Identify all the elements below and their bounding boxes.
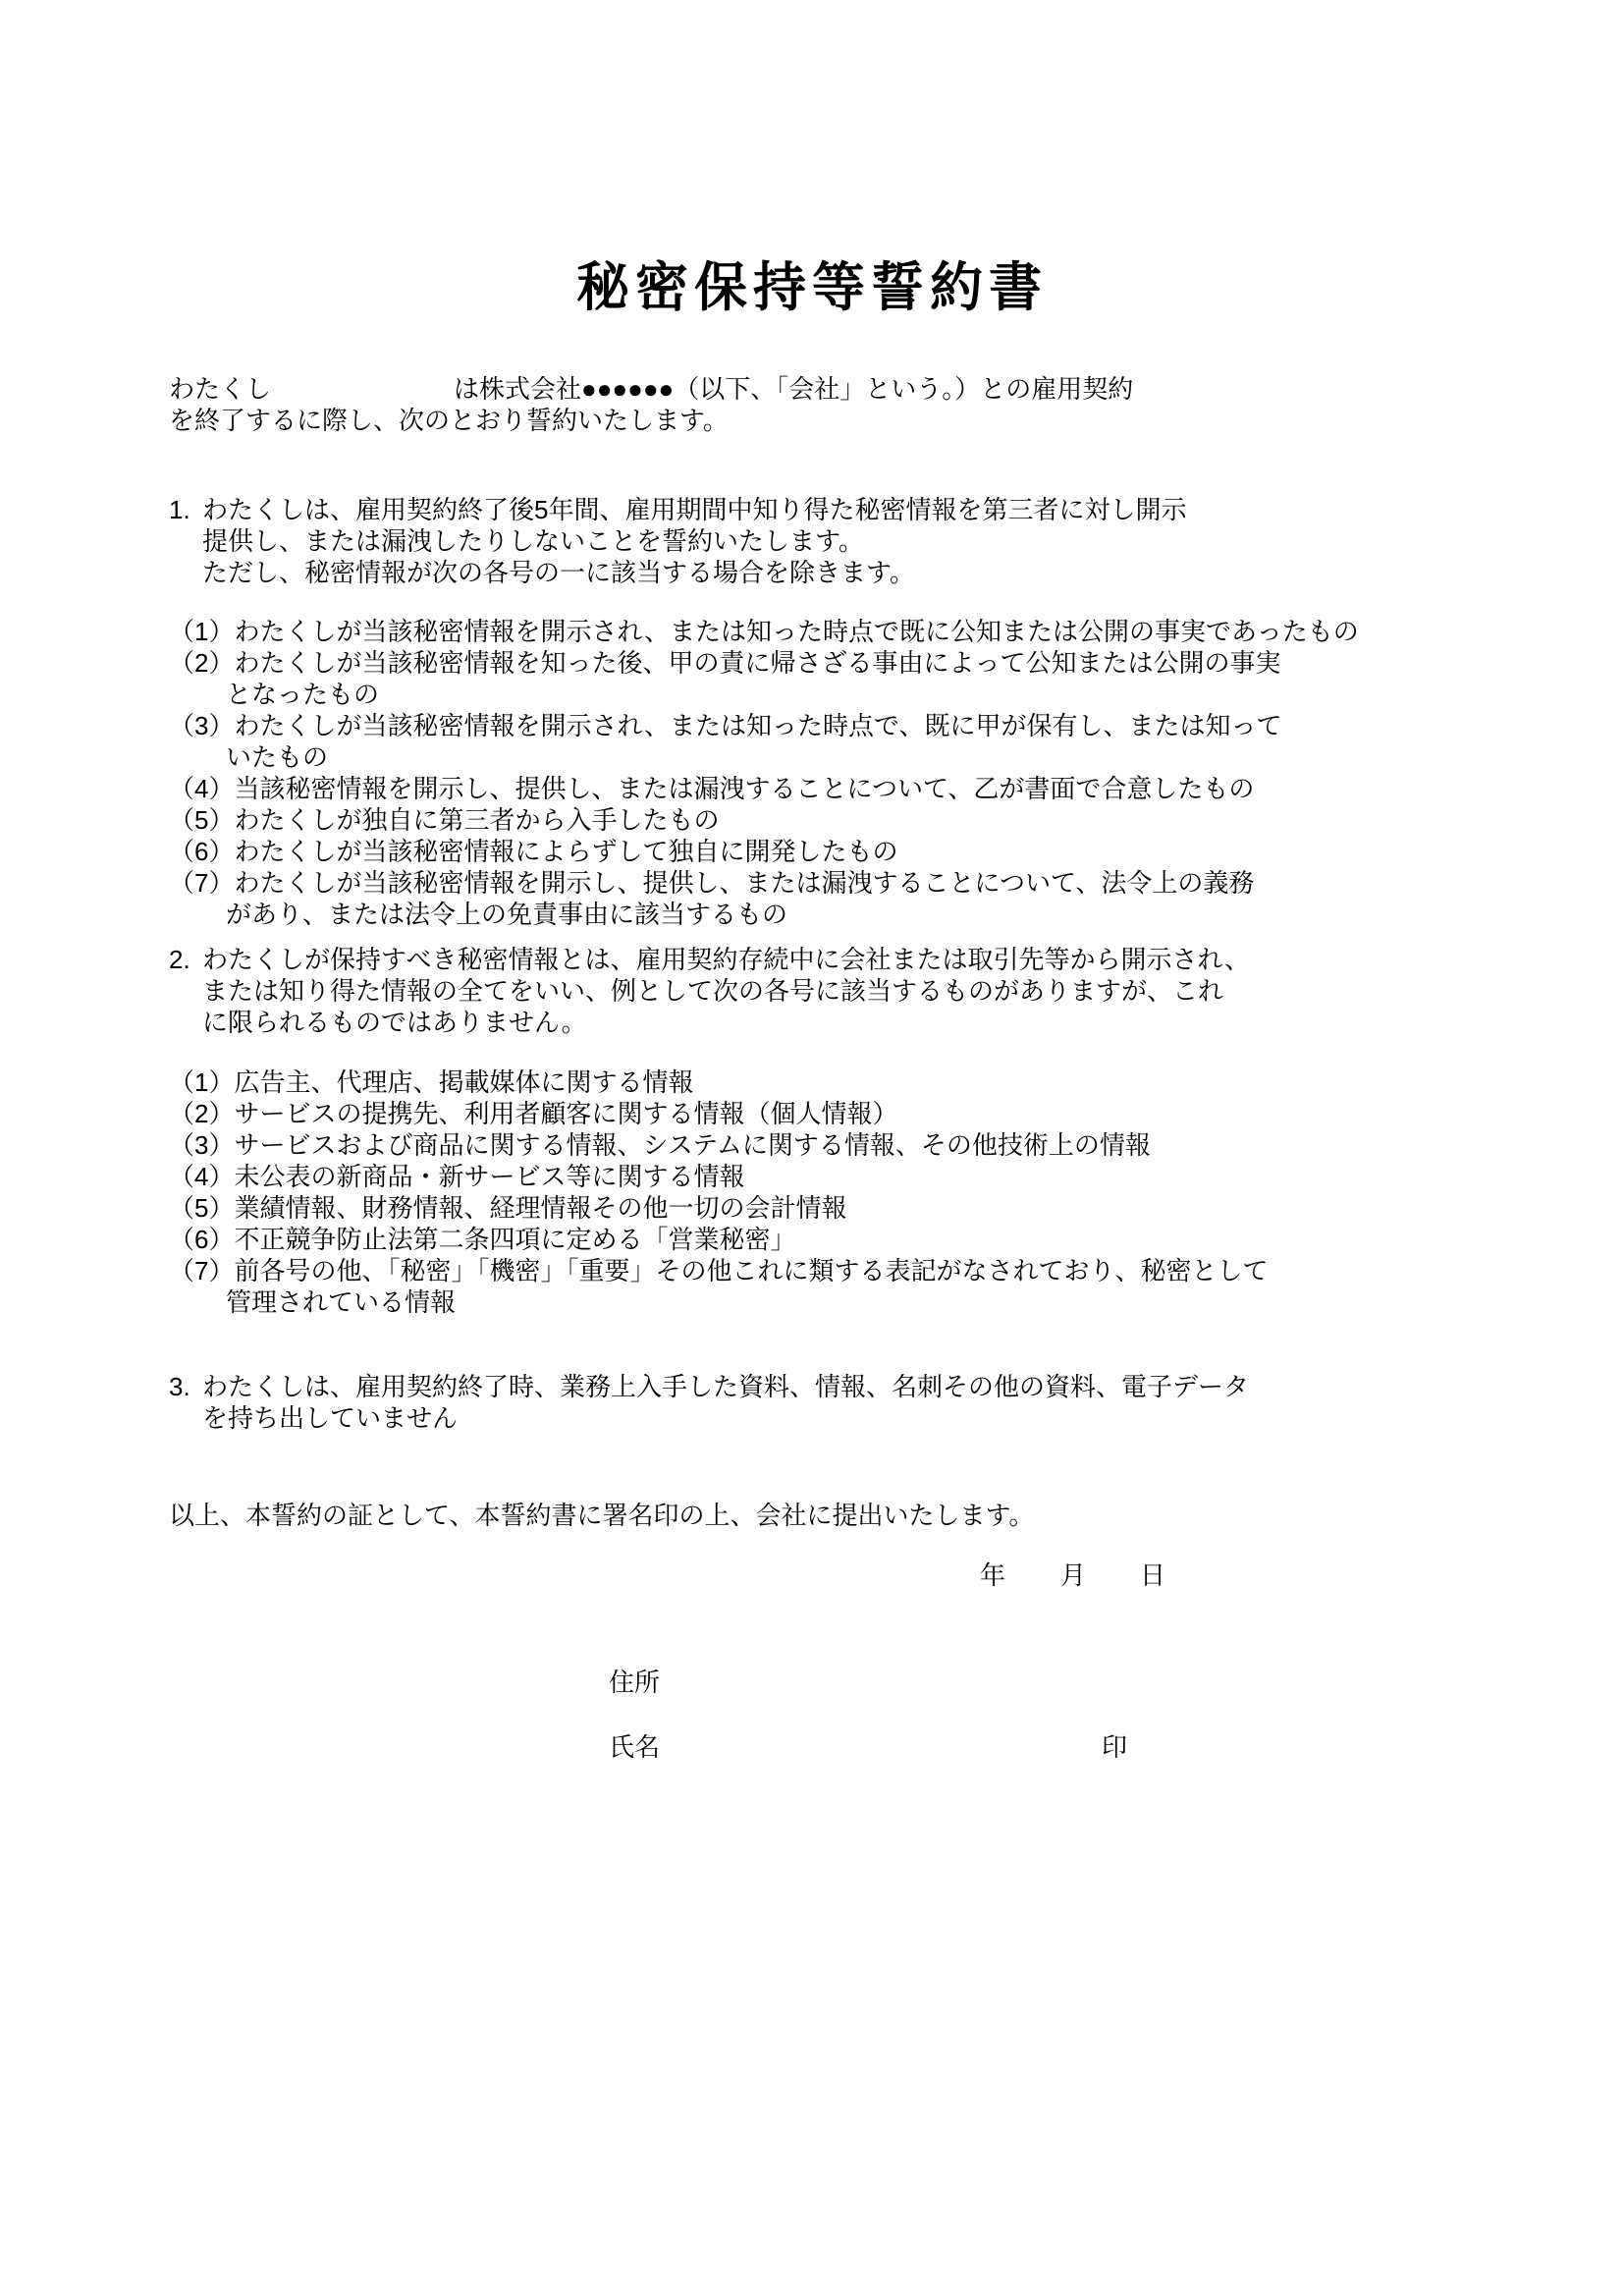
list-item: （3）サービスおよび商品に関する情報、システムに関する情報、その他技術上の情報 bbox=[169, 1129, 1268, 1161]
item-continuation-line: となったもの bbox=[169, 679, 1359, 710]
item-marker: （2） bbox=[169, 1098, 234, 1129]
clause-list-1: （1）わたくしが当該秘密情報を開示され、または知った時点で既に公知または公開の事… bbox=[169, 616, 1359, 930]
year-label: 年 bbox=[980, 1559, 1005, 1591]
item-marker: （7） bbox=[169, 1255, 234, 1286]
section-1-line-3: ただし、秘密情報が次の各号の一に該当する場合を除きます。 bbox=[169, 557, 1186, 588]
seal-label: 印 bbox=[1102, 1731, 1127, 1763]
list-item: （5）わたくしが独自に第三者から入手したもの bbox=[169, 804, 1359, 836]
section-1-number: 1. bbox=[169, 494, 202, 525]
item-marker: （4） bbox=[169, 773, 234, 804]
intro-line-1: わたくしは株式会社●●●●●●（以下、「会社」という。）との雇用契約 bbox=[169, 373, 1133, 405]
list-item: （3）わたくしが当該秘密情報を開示され、または知った時点で、既に甲が保有し、また… bbox=[169, 710, 1359, 773]
item-marker: （5） bbox=[169, 1192, 234, 1224]
section-3-line-1: 3.わたくしは、雇用契約終了時、業務上入手した資料、情報、名刺その他の資料、電子… bbox=[169, 1371, 1249, 1402]
list-item: （7）わたくしが当該秘密情報を開示し、提供し、または漏洩することについて、法令上… bbox=[169, 867, 1359, 930]
list-item: （7）前各号の他、「秘密」「機密」「重要」その他これに類する表記がなされており、… bbox=[169, 1255, 1268, 1318]
item-marker: （3） bbox=[169, 710, 234, 741]
list-item: （4）当該秘密情報を開示し、提供し、または漏洩することについて、乙が書面で合意し… bbox=[169, 773, 1359, 804]
document-title: 秘密保持等誓約書 bbox=[0, 246, 1624, 321]
section-2-number: 2. bbox=[169, 944, 202, 975]
intro-line-2: を終了するに際し、次のとおり誓約いたします。 bbox=[169, 405, 1133, 436]
list-item: （4）未公表の新商品・新サービス等に関する情報 bbox=[169, 1161, 1268, 1192]
item-marker: （2） bbox=[169, 647, 234, 679]
intro-subject: わたくし bbox=[169, 374, 271, 404]
section-2-line-2: または知り得た情報の全てをいい、例として次の各号に該当するものがありますが、これ bbox=[169, 975, 1250, 1007]
address-label: 住所 bbox=[609, 1667, 660, 1698]
list-item: （2）わたくしが当該秘密情報を知った後、甲の責に帰さざる事由によって公知または公… bbox=[169, 647, 1359, 710]
closing-statement: 以上、本誓約の証として、本誓約書に署名印の上、会社に提出いたします。 bbox=[169, 1500, 1034, 1531]
list-item: （6）不正競争防止法第二条四項に定める「営業秘密」 bbox=[169, 1224, 1268, 1255]
section-1-line-1: 1.わたくしは、雇用契約終了後5年間、雇用期間中知り得た秘密情報を第三者に対し開… bbox=[169, 494, 1186, 525]
item-continuation-line: いたもの bbox=[169, 741, 1359, 773]
list-item: （6）わたくしが当該秘密情報によらずして独自に開発したもの bbox=[169, 836, 1359, 867]
section-3-line-2: を持ち出していません bbox=[169, 1402, 1249, 1434]
section-2: 2.わたくしが保持すべき秘密情報とは、雇用契約存続中に会社または取引先等から開示… bbox=[169, 944, 1250, 1038]
item-continuation-line: があり、または法令上の免責事由に該当するもの bbox=[169, 899, 1359, 930]
item-continuation-line: 管理されている情報 bbox=[169, 1286, 1268, 1318]
item-marker: （3） bbox=[169, 1129, 234, 1161]
month-label: 月 bbox=[1060, 1559, 1086, 1591]
section-2-line-3: に限られるものではありません。 bbox=[169, 1007, 1250, 1038]
list-item: （5）業績情報、財務情報、経理情報その他一切の会計情報 bbox=[169, 1192, 1268, 1224]
section-3: 3.わたくしは、雇用契約終了時、業務上入手した資料、情報、名刺その他の資料、電子… bbox=[169, 1371, 1249, 1434]
intro-line-1-rest: は株式会社●●●●●●（以下、「会社」という。）との雇用契約 bbox=[454, 374, 1133, 404]
list-item: （1）わたくしが当該秘密情報を開示され、または知った時点で既に公知または公開の事… bbox=[169, 616, 1359, 647]
section-1: 1.わたくしは、雇用契約終了後5年間、雇用期間中知り得た秘密情報を第三者に対し開… bbox=[169, 494, 1186, 588]
list-item: （2）サービスの提携先、利用者顧客に関する情報（個人情報） bbox=[169, 1098, 1268, 1129]
section-2-line-1: 2.わたくしが保持すべき秘密情報とは、雇用契約存続中に会社または取引先等から開示… bbox=[169, 944, 1250, 975]
item-marker: （1） bbox=[169, 1066, 234, 1098]
intro-paragraph: わたくしは株式会社●●●●●●（以下、「会社」という。）との雇用契約 を終了する… bbox=[169, 373, 1133, 436]
name-label: 氏名 bbox=[609, 1731, 660, 1763]
item-marker: （1） bbox=[169, 616, 234, 647]
item-marker: （6） bbox=[169, 1224, 234, 1255]
day-label: 日 bbox=[1140, 1559, 1165, 1591]
clause-list-2: （1）広告主、代理店、掲載媒体に関する情報 （2）サービスの提携先、利用者顧客に… bbox=[169, 1066, 1268, 1318]
section-3-number: 3. bbox=[169, 1371, 202, 1402]
item-marker: （6） bbox=[169, 836, 234, 867]
section-1-line-2: 提供し、または漏洩したりしないことを誓約いたします。 bbox=[169, 525, 1186, 557]
document-page: 秘密保持等誓約書 わたくしは株式会社●●●●●●（以下、「会社」という。）との雇… bbox=[0, 0, 1624, 2296]
item-marker: （4） bbox=[169, 1161, 234, 1192]
list-item: （1）広告主、代理店、掲載媒体に関する情報 bbox=[169, 1066, 1268, 1098]
item-marker: （7） bbox=[169, 867, 234, 899]
item-marker: （5） bbox=[169, 804, 234, 836]
